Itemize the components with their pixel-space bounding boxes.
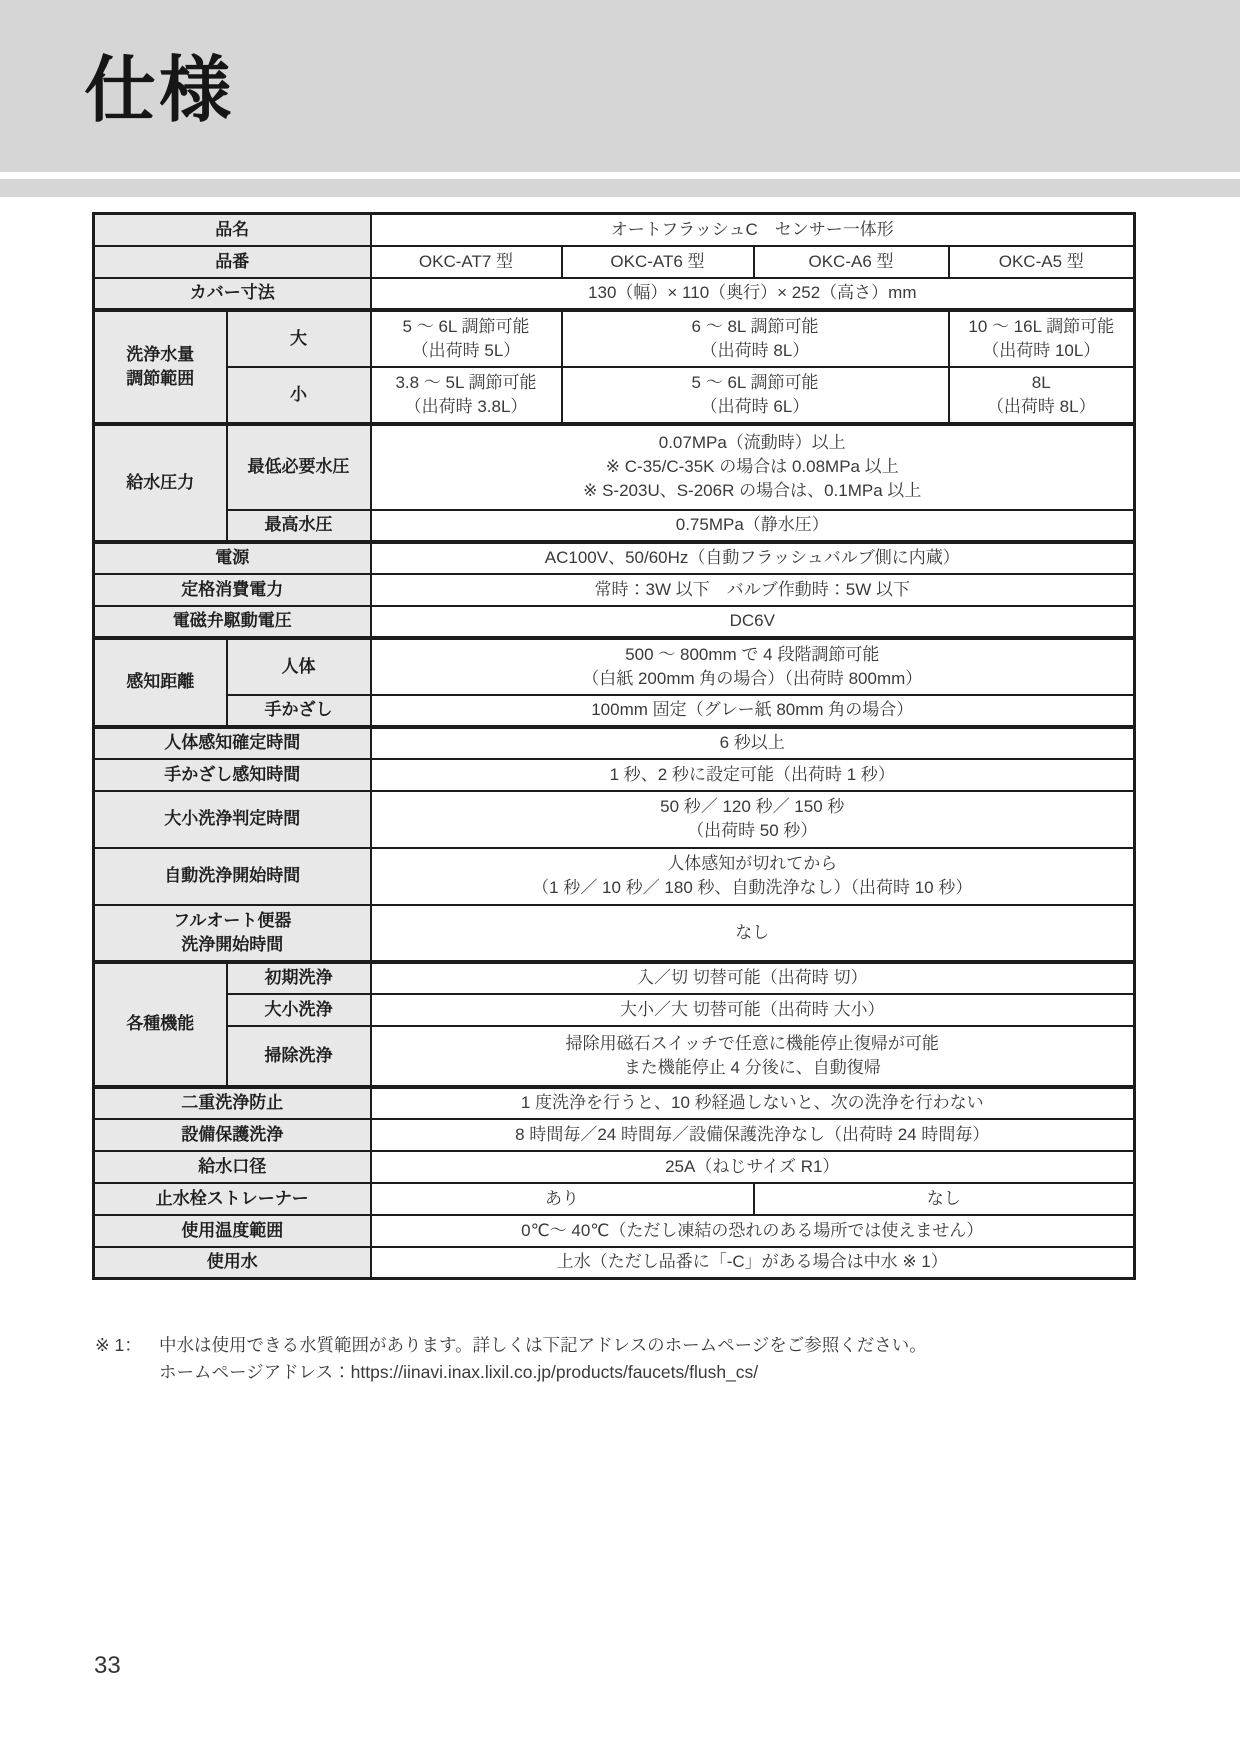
spec-label: 手かざし感知時間 [94,759,371,791]
row-function-cleaning-flush: 掃除洗浄 掃除用磁石スイッチで任意に機能停止復帰が可能 また機能停止 4 分後に… [94,1026,1135,1087]
spec-sublabel: 人体 [227,638,371,695]
spec-label: 電磁弁駆動電圧 [94,606,371,638]
spec-label: 設備保護洗浄 [94,1119,371,1151]
row-equipment-protection-flush: 設備保護洗浄 8 時間毎／24 時間毎／設備保護洗浄なし（出荷時 24 時間毎） [94,1119,1135,1151]
spec-table: 品名 オートフラッシュC センサー一体形 品番 OKC-AT7 型 OKC-AT… [92,212,1136,1280]
row-sensing-distance-hand: 手かざし 100mm 固定（グレー紙 80mm 角の場合） [94,695,1135,727]
row-hand-detect-time: 手かざし感知時間 1 秒、2 秒に設定可能（出荷時 1 秒） [94,759,1135,791]
spec-label: 洗浄水量 調節範囲 [94,310,227,424]
spec-label: 人体感知確定時間 [94,727,371,759]
spec-value: OKC-AT6 型 [562,246,754,278]
spec-label: 品名 [94,214,371,246]
spec-value: 0.75MPa（静水圧） [371,510,1135,542]
spec-label: カバー寸法 [94,278,371,310]
spec-value: 0.07MPa（流動時）以上 ※ C-35/C-35K の場合は 0.08MPa… [371,424,1135,510]
spec-value: 5 ～ 6L 調節可能 （出荷時 6L） [562,367,949,424]
row-model-number: 品番 OKC-AT7 型 OKC-AT6 型 OKC-A6 型 OKC-A5 型 [94,246,1135,278]
spec-value: 入／切 切替可能（出荷時 切） [371,962,1135,994]
spec-value: 130（幅）× 110（奥行）× 252（高さ）mm [371,278,1135,310]
spec-value: なし [754,1183,1135,1215]
row-flush-volume-large: 洗浄水量 調節範囲 大 5 ～ 6L 調節可能 （出荷時 5L） 6 ～ 8L … [94,310,1135,367]
row-auto-flush-start-time: 自動洗浄開始時間 人体感知が切れてから （1 秒／ 10 秒／ 180 秒、自動… [94,848,1135,905]
row-strainer: 止水栓ストレーナー あり なし [94,1183,1135,1215]
spec-value: OKC-A5 型 [949,246,1135,278]
spec-label: 自動洗浄開始時間 [94,848,371,905]
spec-sublabel: 小 [227,367,371,424]
spec-sublabel: 大小洗浄 [227,994,371,1026]
footnote-marker: ※ 1： [95,1332,159,1386]
spec-value: 500 ～ 800mm で 4 段階調節可能 （白紙 200mm 角の場合）（出… [371,638,1135,695]
spec-label: 品番 [94,246,371,278]
spec-value: 6 ～ 8L 調節可能 （出荷時 8L） [562,310,949,367]
row-body-detect-confirm-time: 人体感知確定時間 6 秒以上 [94,727,1135,759]
spec-value: DC6V [371,606,1135,638]
spec-label: 二重洗浄防止 [94,1087,371,1119]
spec-sublabel: 手かざし [227,695,371,727]
spec-label: 定格消費電力 [94,574,371,606]
row-double-flush-prevention: 二重洗浄防止 1 度洗浄を行うと、10 秒経過しないと、次の洗浄を行わない [94,1087,1135,1119]
row-power: 電源 AC100V、50/60Hz（自動フラッシュバルブ側に内蔵） [94,542,1135,574]
spec-value: 1 度洗浄を行うと、10 秒経過しないと、次の洗浄を行わない [371,1087,1135,1119]
spec-value: 10 ～ 16L 調節可能 （出荷時 10L） [949,310,1135,367]
spec-label: 感知距離 [94,638,227,727]
spec-value: オートフラッシュC センサー一体形 [371,214,1135,246]
spec-sublabel: 大 [227,310,371,367]
header-divider-band [0,179,1240,197]
spec-sublabel: 初期洗浄 [227,962,371,994]
spec-value: OKC-A6 型 [754,246,949,278]
spec-value: 掃除用磁石スイッチで任意に機能停止復帰が可能 また機能停止 4 分後に、自動復帰 [371,1026,1135,1087]
spec-value: 0℃～ 40℃（ただし凍結の恐れのある場所では使えません） [371,1215,1135,1247]
spec-label: 大小洗浄判定時間 [94,791,371,848]
spec-value: 8L （出荷時 8L） [949,367,1135,424]
row-power-consumption: 定格消費電力 常時：3W 以下 バルブ作動時：5W 以下 [94,574,1135,606]
spec-label: 使用水 [94,1247,371,1279]
footnote: ※ 1： 中水は使用できる水質範囲があります。詳しくは下記アドレスのホームページ… [95,1332,1135,1386]
row-water-pressure-min: 給水圧力 最低必要水圧 0.07MPa（流動時）以上 ※ C-35/C-35K … [94,424,1135,510]
row-function-large-small-flush: 大小洗浄 大小／大 切替可能（出荷時 大小） [94,994,1135,1026]
spec-sublabel: 最高水圧 [227,510,371,542]
spec-value: 8 時間毎／24 時間毎／設備保護洗浄なし（出荷時 24 時間毎） [371,1119,1135,1151]
spec-value: 50 秒／ 120 秒／ 150 秒 （出荷時 50 秒） [371,791,1135,848]
spec-label: 使用温度範囲 [94,1215,371,1247]
spec-value: あり [371,1183,754,1215]
footnote-line: ホームページアドレス：https://iinavi.inax.lixil.co.… [159,1359,927,1386]
spec-value: 25A（ねじサイズ R1） [371,1151,1135,1183]
spec-value: 人体感知が切れてから （1 秒／ 10 秒／ 180 秒、自動洗浄なし）（出荷時… [371,848,1135,905]
row-water-type: 使用水 上水（ただし品番に「-C」がある場合は中水 ※ 1） [94,1247,1135,1279]
spec-page: 仕様 品名 オートフラッシュC センサー一体形 品番 OKC-AT7 型 OKC… [0,0,1240,1754]
spec-label: 各種機能 [94,962,227,1087]
spec-value: 100mm 固定（グレー紙 80mm 角の場合） [371,695,1135,727]
spec-label: 電源 [94,542,371,574]
spec-value: OKC-AT7 型 [371,246,562,278]
row-flush-volume-small: 小 3.8 ～ 5L 調節可能 （出荷時 3.8L） 5 ～ 6L 調節可能 （… [94,367,1135,424]
spec-value: 大小／大 切替可能（出荷時 大小） [371,994,1135,1026]
row-temperature-range: 使用温度範囲 0℃～ 40℃（ただし凍結の恐れのある場所では使えません） [94,1215,1135,1247]
page-number: 33 [94,1652,121,1680]
spec-value: 5 ～ 6L 調節可能 （出荷時 5L） [371,310,562,367]
spec-label: 止水栓ストレーナー [94,1183,371,1215]
row-function-initial-flush: 各種機能 初期洗浄 入／切 切替可能（出荷時 切） [94,962,1135,994]
footnote-line: 中水は使用できる水質範囲があります。詳しくは下記アドレスのホームページをご参照く… [159,1332,927,1359]
row-solenoid-voltage: 電磁弁駆動電圧 DC6V [94,606,1135,638]
row-cover-size: カバー寸法 130（幅）× 110（奥行）× 252（高さ）mm [94,278,1135,310]
row-product-name: 品名 オートフラッシュC センサー一体形 [94,214,1135,246]
spec-label: フルオート便器 洗浄開始時間 [94,905,371,962]
spec-value: 3.8 ～ 5L 調節可能 （出荷時 3.8L） [371,367,562,424]
row-supply-diameter: 給水口径 25A（ねじサイズ R1） [94,1151,1135,1183]
row-flush-judge-time: 大小洗浄判定時間 50 秒／ 120 秒／ 150 秒 （出荷時 50 秒） [94,791,1135,848]
spec-value: 6 秒以上 [371,727,1135,759]
spec-label: 給水口径 [94,1151,371,1183]
page-title: 仕様 [84,55,234,127]
spec-label: 給水圧力 [94,424,227,542]
spec-sublabel: 最低必要水圧 [227,424,371,510]
row-water-pressure-max: 最高水圧 0.75MPa（静水圧） [94,510,1135,542]
spec-value: なし [371,905,1135,962]
spec-value: 常時：3W 以下 バルブ作動時：5W 以下 [371,574,1135,606]
spec-value: 1 秒、2 秒に設定可能（出荷時 1 秒） [371,759,1135,791]
spec-value: AC100V、50/60Hz（自動フラッシュバルブ側に内蔵） [371,542,1135,574]
row-full-auto-start-time: フルオート便器 洗浄開始時間 なし [94,905,1135,962]
row-sensing-distance-body: 感知距離 人体 500 ～ 800mm で 4 段階調節可能 （白紙 200mm… [94,638,1135,695]
spec-sublabel: 掃除洗浄 [227,1026,371,1087]
spec-value: 上水（ただし品番に「-C」がある場合は中水 ※ 1） [371,1247,1135,1279]
